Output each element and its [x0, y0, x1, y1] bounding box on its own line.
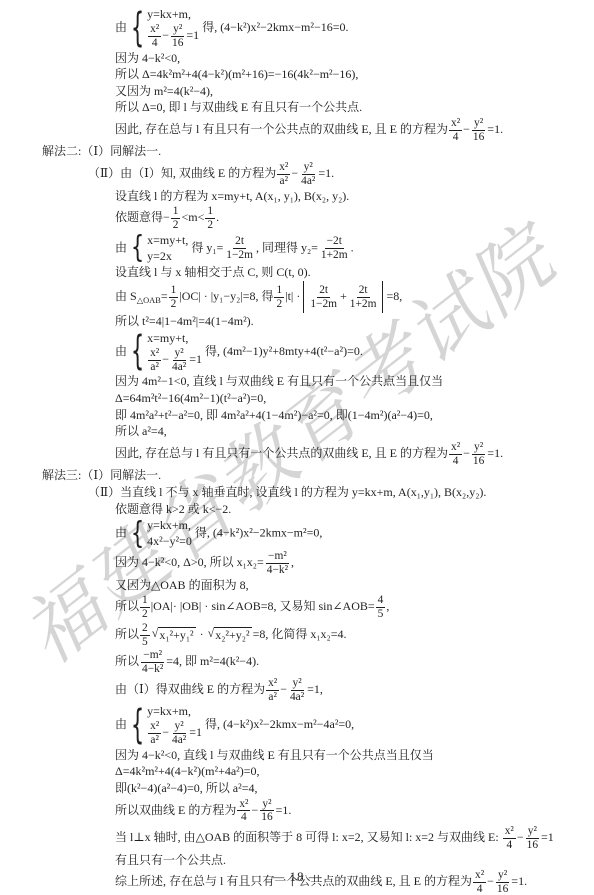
math-text: 所以 a²=4, [115, 424, 167, 438]
math-text: 依题意得− [115, 210, 170, 224]
numerator: x² [148, 720, 161, 734]
text-line: 解法二:（Ⅰ）同解法一. [42, 144, 588, 160]
denominator: a² [266, 691, 278, 704]
tall-abs-bar [382, 281, 383, 313]
denominator: a² [278, 175, 290, 188]
text-line: 由{y=kx+m,x²a²−y²4a²=1得, (4−k²)x²−2kmx−m²… [115, 704, 588, 747]
math-text: =1 [189, 352, 202, 366]
fraction: x²a² [277, 161, 290, 188]
math-text: · [197, 627, 207, 641]
math-text: 当 l⊥x 轴时, 由△OAB 的面积等于 8 可得 l: x=2, 又易知 l… [115, 830, 502, 844]
numerator: −m² [141, 649, 164, 663]
numerator: x² [148, 347, 161, 361]
fraction: x²4 [148, 23, 161, 50]
radical-icon: √ [152, 627, 159, 640]
text-line: Δ=64m²t²−16(4m²−1)(t²−a²)=0, [115, 391, 588, 407]
text-line: 依题意得 k>2 或 k<−2. [115, 502, 588, 518]
text-line: 解法三:（Ⅰ）同解法一. [42, 468, 588, 484]
denominator: 16 [471, 455, 486, 468]
system-row: x²a²−y²4a²=1 [147, 347, 202, 374]
fraction: 45 [376, 594, 386, 621]
math-text: =1, [307, 682, 323, 696]
fraction: x²4 [449, 441, 462, 468]
system-rows: x=my+t,y=2x [147, 233, 188, 264]
denominator: 4a² [170, 361, 188, 374]
numerator: y² [472, 441, 485, 455]
left-brace-icon: { [131, 11, 144, 45]
math-text: 得, (4m²−1)y²+8mty+4(t²−a²)=0. [205, 344, 363, 358]
denominator: 16 [259, 811, 274, 824]
system-rows: y=kx+m,4x²−y²=0 [147, 518, 192, 549]
fraction: x²4 [503, 825, 516, 852]
denominator: 4−k² [140, 663, 165, 676]
denominator: a² [148, 734, 160, 747]
fraction: −m²4−k² [140, 649, 165, 676]
math-text: 即(k²−4)(a²−4)=0, 所以 a²=4, [115, 781, 258, 795]
fraction: 12 [205, 205, 215, 232]
math-text: 因此, 存在总与 l 有且只有一个公共点的双曲线 E, 且 E 的方程为 [115, 122, 448, 136]
numerator: x² [237, 798, 250, 812]
numerator: −2t [325, 235, 344, 249]
numerator: y² [173, 347, 186, 361]
text-line: 当 l⊥x 轴时, 由△OAB 的面积等于 8 可得 l: x=2, 又易知 l… [115, 825, 588, 852]
equation-system: {y=kx+m,x²4−y²16=1 [128, 7, 199, 50]
numerator: 2t [317, 284, 330, 298]
fraction: −m²4−k² [265, 550, 290, 577]
text-line: 由{x=my+t,x²a²−y²4a²=1得, (4m²−1)y²+8mty+4… [115, 331, 588, 374]
sqrt-expression: √x₂²+y₂² [208, 627, 252, 643]
numerator: y² [173, 720, 186, 734]
system-rows: y=kx+m,x²a²−y²4a²=1 [147, 704, 202, 747]
math-text: − [251, 803, 258, 817]
math-text: 得, (4−k²)x²−2kmx−m²=0, [195, 525, 323, 539]
math-text: x=my+t, [147, 331, 188, 345]
radicand: x₁²+y₁² [158, 627, 195, 643]
math-text: 解法二:（Ⅰ）同解法一. [42, 144, 161, 158]
math-text: , 同理得 y₂= [256, 240, 318, 254]
fraction: 12 [169, 284, 179, 311]
math-text: 由 [115, 717, 127, 731]
math-text: 得, (4−k²)x²−2kmx−m²−4a²=0, [205, 717, 354, 731]
math-text: y=kx+m, [147, 518, 191, 532]
numerator: 1 [140, 594, 150, 608]
numerator: 2 [140, 622, 150, 636]
sqrt-expression: √x₁²+y₁² [152, 627, 196, 643]
left-brace-icon: { [131, 521, 144, 547]
math-text: 所以双曲线 E 的方程为 [115, 803, 236, 817]
numerator: 1 [169, 284, 179, 298]
math-text: , [386, 599, 389, 613]
math-text: x=my+t, [147, 233, 188, 247]
math-text: =1. [318, 166, 334, 180]
system-row: y=2x [147, 249, 172, 264]
text-line: 又因为 m²=4(k²−4), [115, 84, 588, 100]
math-text: 依题意得 k>2 或 k<−2. [115, 502, 231, 516]
math-text: 所以 [115, 599, 139, 613]
math-text: Δ=64m²t²−16(4m²−1)(t²−a²)=0, [115, 391, 266, 405]
math-text: + [340, 289, 347, 303]
fraction: y²4a² [170, 347, 188, 374]
document-body: 由{y=kx+m,x²4−y²16=1得, (4−k²)x²−2kmx−m²−1… [0, 7, 588, 895]
denominator: a² [148, 361, 160, 374]
text-line: 因此, 存在总与 l 有且只有一个公共点的双曲线 E, 且 E 的方程为x²4−… [115, 441, 588, 468]
math-text: 即 4m²a²+t²−a²=0, 即 4m²a²+4(1−4m²)−a²=0, … [115, 408, 433, 422]
fraction: y²16 [259, 798, 274, 825]
math-text: 由 [115, 344, 127, 358]
text-line: 设直线 l 与 x 轴相交于点 C, 则 C(t, 0). [115, 265, 588, 281]
math-text: − [162, 725, 169, 739]
denominator: 4 [150, 37, 160, 50]
denominator: 16 [471, 131, 486, 144]
numerator: x² [503, 825, 516, 839]
math-text: 所以 Δ=4k²m²+4(4−k²)(m²+16)=−16(4k²−m²−16)… [115, 67, 358, 81]
text-line: 依题意得−12<m<12. [115, 205, 588, 232]
exam-solution-page: 福建省教育考试院 由{y=kx+m,x²4−y²16=1得, (4−k²)x²−… [0, 0, 594, 895]
system-row: y=kx+m, [147, 518, 191, 533]
math-text: =1. [276, 803, 292, 817]
math-text: =1. [487, 122, 503, 136]
radical-icon: √ [208, 627, 215, 640]
fraction: x²4 [449, 117, 462, 144]
denominator: 1−2m [308, 298, 339, 311]
left-brace-icon: { [131, 235, 144, 261]
math-text: 由 [115, 20, 127, 34]
page-number: — 18 — [0, 869, 594, 885]
denominator: 1+2m [319, 249, 350, 262]
numerator: x² [266, 677, 279, 691]
math-text: . [216, 210, 219, 224]
left-brace-icon: { [131, 335, 144, 369]
math-text: Δ=4k²m²+4(4−k²)(m²+4a²)=0, [115, 764, 260, 778]
system-row: x=my+t, [147, 233, 188, 248]
numerator: −m² [266, 550, 289, 564]
math-text: = [161, 289, 168, 303]
text-line: 所以25√x₁²+y₁² · √x₂²+y₂²=8, 化简得 x₁x₂=4. [115, 622, 588, 649]
numerator: 4 [376, 594, 386, 608]
text-line: 所以 Δ=0, 即 l 与双曲线 E 有且只有一个公共点. [115, 100, 588, 116]
fraction: 12 [274, 284, 284, 311]
fraction: x²a² [266, 677, 279, 704]
text-line: 所以双曲线 E 的方程为x²4−y²16=1. [115, 798, 588, 825]
math-text: y=2x [147, 249, 172, 263]
math-text: =4, 即 m²=4(k²−4). [166, 654, 259, 668]
numerator: x² [277, 161, 290, 175]
fraction: y²4a² [299, 161, 317, 188]
denominator: 5 [376, 608, 386, 621]
math-text: 又因为 m²=4(k²−4), [115, 84, 213, 98]
math-text: . [351, 240, 354, 254]
equation-system: {y=kx+m,x²a²−y²4a²=1 [128, 704, 202, 747]
math-text: − [162, 352, 169, 366]
text-line: 设直线 l 的方程为 x=my+t, A(x₁, y₁), B(x₂, y₂). [115, 189, 588, 205]
denominator: 4 [504, 839, 514, 852]
text-line: （Ⅱ）由（Ⅰ）知, 双曲线 E 的方程为x²a²−y²4a²=1. [88, 161, 588, 188]
text-line: 所以12|OA|· |OB| · sin∠AOB=8, 又易知 sin∠AOB=… [115, 594, 588, 621]
fraction: y²16 [471, 441, 486, 468]
denominator: 4a² [299, 175, 317, 188]
text-line: 有且只有一个公共点. [115, 853, 588, 869]
math-text: − [291, 166, 298, 180]
subscript: △OAB [137, 296, 161, 305]
system-row: y=kx+m, [147, 704, 191, 719]
math-text: 设直线 l 与 x 轴相交于点 C, 则 C(t, 0). [115, 265, 311, 279]
system-row: x²4−y²16=1 [147, 23, 199, 50]
math-text: 设直线 l 的方程为 x=my+t, A(x₁, y₁), B(x₂, y₂). [115, 189, 349, 203]
fraction: y²16 [471, 117, 486, 144]
text-line: 由 S△OAB=12|OC| · |y₁−y₂|=8, 得12|t| ·2t1−… [115, 281, 588, 313]
numerator: 1 [274, 284, 284, 298]
math-text: − [463, 122, 470, 136]
denominator: 2 [140, 608, 150, 621]
system-row: x²a²−y²4a²=1 [147, 720, 202, 747]
math-text: − [517, 830, 524, 844]
math-text: y=kx+m, [147, 7, 191, 21]
denominator: 2 [205, 219, 215, 232]
numerator: y² [171, 23, 184, 37]
math-text: 有且只有一个公共点. [115, 853, 226, 867]
numerator: 2t [357, 284, 370, 298]
math-text: 所以 t²=4|1−4m²|=4(1−4m²). [115, 314, 254, 328]
text-line: 又因为△OAB 的面积为 8, [115, 578, 588, 594]
math-text: 因为 4−k²<0, [115, 51, 180, 65]
math-text: 解法三:（Ⅰ）同解法一. [42, 468, 161, 482]
system-row: y=kx+m, [147, 7, 191, 22]
math-text: − [162, 28, 169, 42]
math-text: |t| · [285, 289, 300, 303]
numerator: 2t [233, 235, 246, 249]
math-text: 又因为△OAB 的面积为 8, [115, 578, 249, 592]
numerator: x² [148, 23, 161, 37]
radicand: x₂²+y₂² [214, 627, 251, 643]
math-text: 所以 Δ=0, 即 l 与双曲线 E 有且只有一个公共点. [115, 100, 362, 114]
math-text: （Ⅱ）由（Ⅰ）知, 双曲线 E 的方程为 [88, 166, 276, 180]
text-line: 因为 4m²−1<0, 直线 l 与双曲线 E 有且只有一个公共点当且仅当 [115, 374, 588, 390]
numerator: y² [302, 161, 315, 175]
math-text: 因为 4−k²<0, 直线 l 与双曲线 E 有且只有一个公共点当且仅当 [115, 748, 434, 762]
math-text: , [291, 555, 294, 569]
denominator: 4 [451, 131, 461, 144]
text-line: 因为 4−k²<0, 直线 l 与双曲线 E 有且只有一个公共点当且仅当 [115, 748, 588, 764]
equation-system: {x=my+t,y=2x [128, 233, 188, 264]
fraction: 2t1+2m [348, 284, 379, 311]
equation-system: {x=my+t,x²a²−y²4a²=1 [128, 331, 202, 374]
math-text: 得, (4−k²)x²−2kmx−m²−16=0. [202, 20, 348, 34]
denominator: 2 [171, 219, 181, 232]
text-line: 所以 Δ=4k²m²+4(4−k²)(m²+16)=−16(4k²−m²−16)… [115, 67, 588, 83]
math-text: 由 [115, 240, 127, 254]
numerator: 1 [205, 205, 215, 219]
text-line: 由{x=my+t,y=2x得 y₁=2t1−2m, 同理得 y₂=−2t1+2m… [115, 233, 588, 264]
numerator: x² [449, 441, 462, 455]
denominator: 4−k² [265, 564, 290, 577]
fraction: x²a² [148, 347, 161, 374]
math-text: （Ⅱ）当直线 l 不与 x 轴垂直时, 设直线 l 的方程为 y=kx+m, A… [88, 485, 486, 499]
left-brace-icon: { [131, 708, 144, 742]
math-text: |OA|· |OB| · sin∠AOB=8, 又易知 sin∠AOB= [151, 599, 375, 613]
denominator: 16 [170, 37, 185, 50]
fraction: x²4 [237, 798, 250, 825]
math-text: 所以 [115, 627, 139, 641]
system-row: 4x²−y²=0 [147, 534, 192, 549]
fraction: y²16 [525, 825, 540, 852]
math-text: 4x²−y²=0 [147, 534, 192, 548]
math-text: =8, [386, 289, 402, 303]
fraction: y²16 [170, 23, 185, 50]
numerator: y² [472, 117, 485, 131]
math-text: =1 [189, 725, 202, 739]
fraction: 2t1−2m [308, 284, 339, 311]
math-text: =1 [186, 28, 199, 42]
text-line: 由（Ⅰ）得双曲线 E 的方程为x²a²−y²4a²=1, [115, 677, 588, 704]
math-text: =8, 化简得 x₁x₂=4. [253, 627, 347, 641]
equation-system: {y=kx+m,4x²−y²=0 [128, 518, 192, 549]
denominator: 5 [140, 636, 150, 649]
fraction: 12 [140, 594, 150, 621]
text-line: 所以 a²=4, [115, 424, 588, 440]
math-text: =1. [487, 446, 503, 460]
math-text: 因为 4−k²<0, Δ>0, 所以 x₁x₂= [115, 555, 264, 569]
denominator: 4a² [170, 734, 188, 747]
math-text: 因此, 存在总与 l 有且只有一个公共点的双曲线 E, 且 E 的方程为 [115, 446, 448, 460]
system-row: x=my+t, [147, 331, 188, 346]
text-line: 由{y=kx+m,x²4−y²16=1得, (4−k²)x²−2kmx−m²−1… [115, 7, 588, 50]
numerator: y² [291, 677, 304, 691]
system-rows: x=my+t,x²a²−y²4a²=1 [147, 331, 202, 374]
text-line: 所以−m²4−k²=4, 即 m²=4(k²−4). [115, 649, 588, 676]
fraction: 25 [140, 622, 150, 649]
system-rows: y=kx+m,x²4−y²16=1 [147, 7, 199, 50]
denominator: 2 [169, 298, 179, 311]
denominator: 4a² [288, 691, 306, 704]
denominator: 4 [239, 811, 249, 824]
denominator: 16 [525, 839, 540, 852]
text-line: 即 4m²a²+t²−a²=0, 即 4m²a²+4(1−4m²)−a²=0, … [115, 408, 588, 424]
math-text: =1 [541, 830, 554, 844]
text-line: 因为 4−k²<0, Δ>0, 所以 x₁x₂=−m²4−k², [115, 550, 588, 577]
text-line: 因为 4−k²<0, [115, 51, 588, 67]
math-text: 因为 4m²−1<0, 直线 l 与双曲线 E 有且只有一个公共点当且仅当 [115, 374, 443, 388]
math-text: 由（Ⅰ）得双曲线 E 的方程为 [115, 682, 265, 696]
denominator: 1+2m [348, 298, 379, 311]
fraction: x²a² [148, 720, 161, 747]
fraction: y²4a² [288, 677, 306, 704]
numerator: x² [449, 117, 462, 131]
math-text: 所以 [115, 654, 139, 668]
math-text: 得 y₁= [191, 240, 223, 254]
text-line: 即(k²−4)(a²−4)=0, 所以 a²=4, [115, 781, 588, 797]
math-text: 由 S [115, 289, 137, 303]
denominator: 2 [274, 298, 284, 311]
denominator: 4 [451, 455, 461, 468]
numerator: 1 [171, 205, 181, 219]
text-line: 因此, 存在总与 l 有且只有一个公共点的双曲线 E, 且 E 的方程为x²4−… [115, 117, 588, 144]
numerator: y² [526, 825, 539, 839]
math-text: <m< [181, 210, 204, 224]
math-text: − [463, 446, 470, 460]
denominator: 1−2m [224, 249, 255, 262]
text-line: 由{y=kx+m,4x²−y²=0得, (4−k²)x²−2kmx−m²=0, [115, 518, 588, 549]
math-text: y=kx+m, [147, 704, 191, 718]
fraction: y²4a² [170, 720, 188, 747]
math-text: 由 [115, 525, 127, 539]
fraction: 12 [171, 205, 181, 232]
numerator: y² [260, 798, 273, 812]
fraction: −2t1+2m [319, 235, 350, 262]
fraction: 2t1−2m [224, 235, 255, 262]
tall-abs-bar [303, 281, 304, 313]
text-line: Δ=4k²m²+4(4−k²)(m²+4a²)=0, [115, 764, 588, 780]
text-line: （Ⅱ）当直线 l 不与 x 轴垂直时, 设直线 l 的方程为 y=kx+m, A… [88, 485, 588, 501]
text-line: 所以 t²=4|1−4m²|=4(1−4m²). [115, 314, 588, 330]
math-text: |OC| · |y₁−y₂|=8, 得 [179, 289, 273, 303]
math-text: − [280, 682, 287, 696]
